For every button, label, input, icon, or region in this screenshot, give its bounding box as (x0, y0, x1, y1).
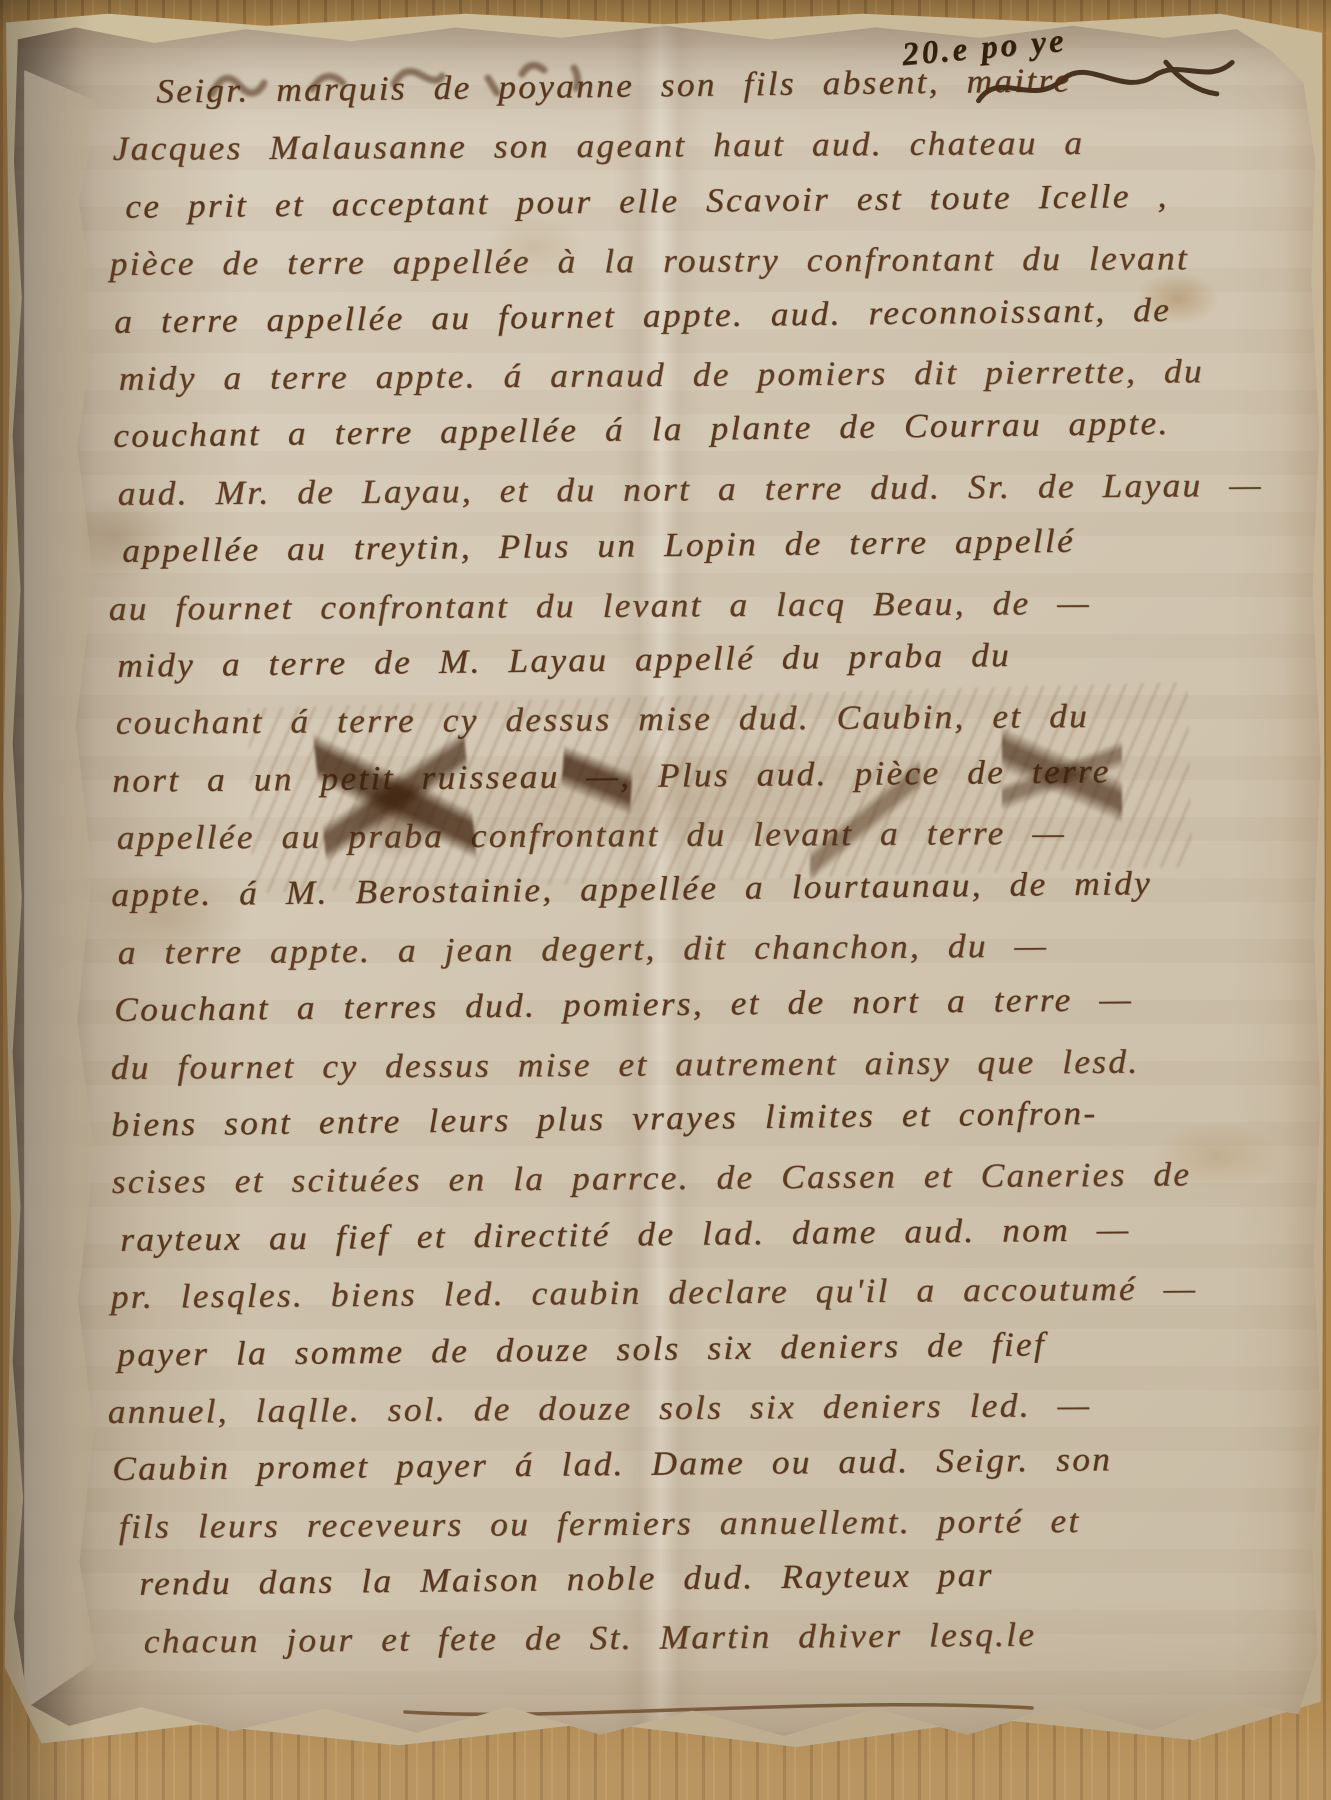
page-deckle-edge (24, 70, 100, 1710)
manuscript-line: chacun jour et fete de St. Martin dhiver… (144, 1604, 1331, 1671)
photograph-of-manuscript: 20.e po ye Seigr. marquis de poyanne son… (0, 0, 1331, 1800)
manuscript-line: nort a un petit ruisseau —, Plus aud. pi… (112, 741, 1331, 810)
manuscript-line: Couchant a terres dud. pomiers, et de no… (114, 969, 1331, 1040)
manuscript-page: 20.e po ye Seigr. marquis de poyanne son… (10, 24, 1322, 1738)
manuscript-line: rayteux au fief et directité de lad. dam… (120, 1199, 1331, 1270)
manuscript-line: ce prit et acceptant pour elle Scavoir e… (125, 166, 1331, 236)
manuscript-lines: Seigr. marquis de poyanne son fils absen… (102, 53, 1331, 1670)
manuscript-line: appellée au treytin, Plus un Lopin de te… (122, 510, 1331, 580)
manuscript-line: rendu dans la Maison noble dud. Rayteux … (139, 1543, 1331, 1613)
manuscript-line: Caubin promet payer á lad. Dame ou aud. … (112, 1429, 1331, 1499)
